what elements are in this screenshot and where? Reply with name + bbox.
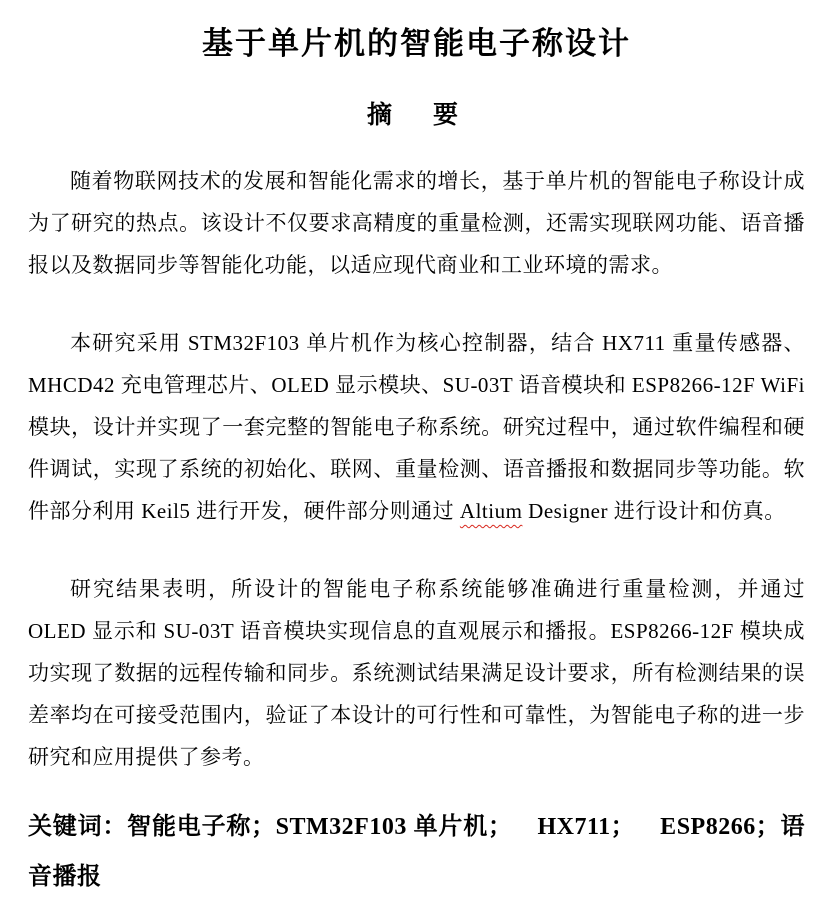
abstract-paragraph-2: 本研究采用 STM32F103 单片机作为核心控制器，结合 HX711 重量传感… <box>28 322 805 532</box>
misspelled-word-spellcheck-underline: Altium <box>460 499 523 523</box>
paragraph-2-text-after-misspelling: Designer 进行设计和仿真。 <box>522 499 785 523</box>
abstract-paragraph-3: 研究结果表明，所设计的智能电子称系统能够准确进行重量检测，并通过 OLED 显示… <box>28 568 805 778</box>
page-title: 基于单片机的智能电子称设计 <box>28 16 805 66</box>
abstract-paragraph-1: 随着物联网技术的发展和智能化需求的增长，基于单片机的智能电子称设计成为了研究的热… <box>28 160 805 286</box>
abstract-heading: 摘 要 <box>28 98 805 132</box>
paragraph-2-text-before-misspelling: 本研究采用 STM32F103 单片机作为核心控制器，结合 HX711 重量传感… <box>28 331 805 523</box>
keywords-line: 关键词：智能电子称；STM32F103 单片机； HX711； ESP8266；… <box>28 802 805 902</box>
document-page: 基于单片机的智能电子称设计 摘 要 随着物联网技术的发展和智能化需求的增长，基于… <box>0 0 835 914</box>
